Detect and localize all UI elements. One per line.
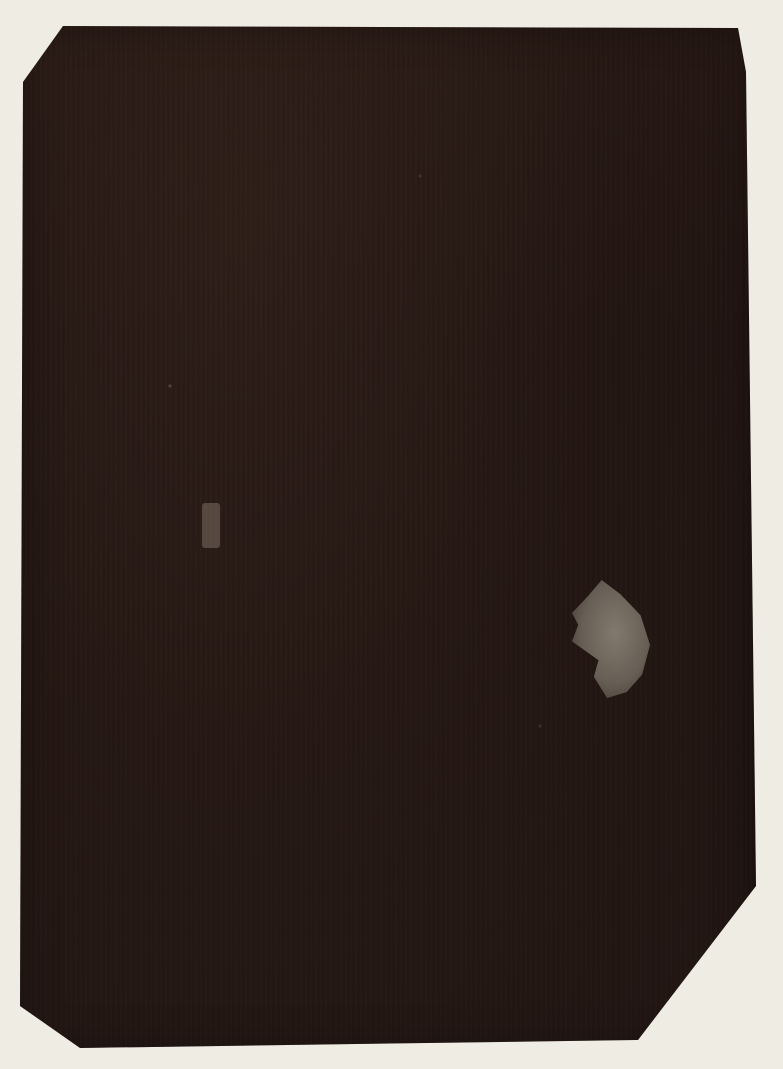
tintype-plate [20,26,756,1050]
plate-scratch [202,503,220,548]
photo-scene: Antique tintype photograph plate with cl… [0,0,783,1069]
